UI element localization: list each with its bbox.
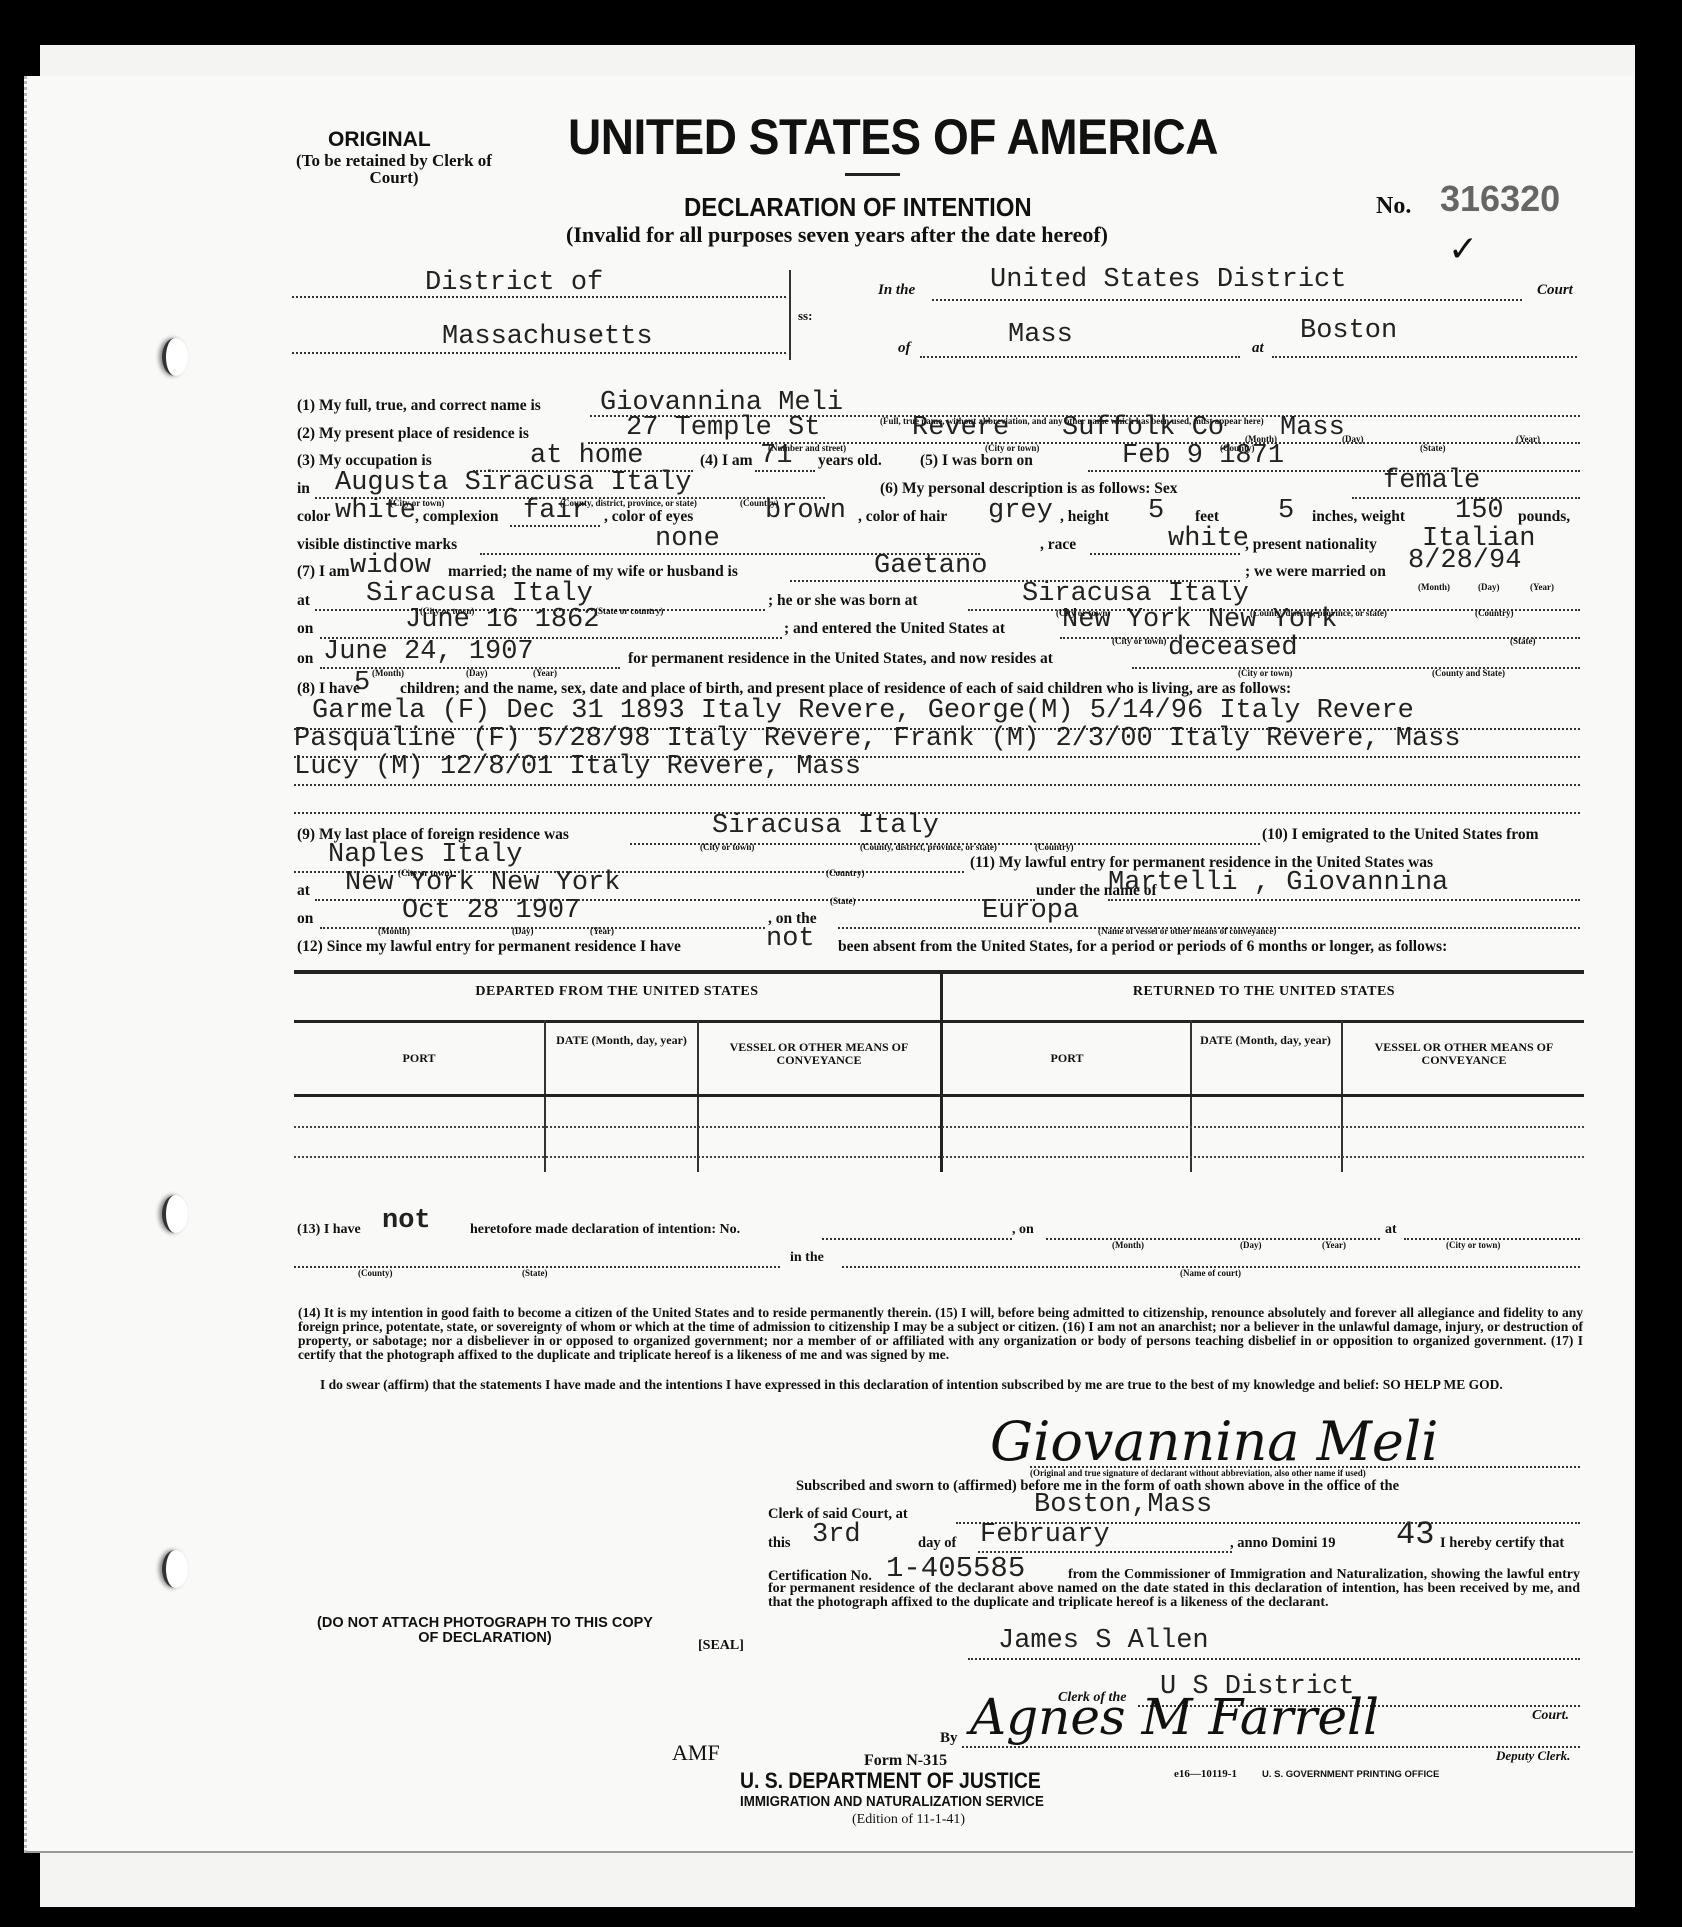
- q12-label: (12) Since my lawful entry for permanent…: [297, 938, 681, 956]
- caption: (City or town): [1112, 636, 1166, 646]
- col-vessel: VESSEL OR OTHER MEANS OF CONVEYANCE: [704, 1041, 934, 1067]
- entry-name: Martelli , Giovannina: [1108, 868, 1448, 898]
- table-rule: [294, 1020, 1584, 1023]
- children-line-3: Lucy (M) 12/8/01 Italy Revere, Mass: [294, 752, 861, 782]
- edition: (Edition of 11-1-41): [852, 1812, 965, 1828]
- children-line-1: Garmela (F) Dec 31 1893 Italy Revere, Ge…: [312, 696, 1414, 726]
- q1-label: (1) My full, true, and correct name is: [297, 397, 541, 415]
- deputy-label: Deputy Clerk.: [1496, 1748, 1570, 1764]
- on-label-3: on: [297, 910, 313, 928]
- q13-label: (13) I have: [297, 1222, 361, 1238]
- col-port-return: PORT: [944, 1052, 1190, 1065]
- table-row-line: [294, 1126, 1584, 1128]
- table-divider: [940, 974, 943, 1172]
- caption: (Country): [1035, 842, 1074, 852]
- entry-name-line: [1108, 899, 1580, 901]
- caption: (State or country): [595, 606, 663, 616]
- caption: (Year): [1530, 582, 1554, 592]
- height-inches: 5: [1278, 496, 1294, 526]
- at-label-2: at: [297, 592, 310, 610]
- spouse-name: Gaetano: [874, 551, 987, 581]
- q5-label: (5) I was born on: [920, 452, 1033, 470]
- court-label: Court: [1537, 282, 1573, 299]
- signature-caption: (Original and true signature of declaran…: [1030, 1468, 1366, 1478]
- in-the-label: In the: [878, 282, 915, 299]
- eyes: brown: [765, 496, 846, 526]
- departed-header: DEPARTED FROM THE UNITED STATES: [294, 984, 940, 1000]
- ss-label: ss:: [798, 308, 812, 324]
- prior-in-the-label: in the: [790, 1250, 824, 1266]
- residence-city: Revere: [912, 413, 1009, 443]
- deputy-signature: Agnes M Farrell: [970, 1688, 1379, 1746]
- residence-state: Mass: [1280, 413, 1345, 443]
- vessel: Europa: [982, 896, 1079, 926]
- caption: (Year): [533, 668, 557, 678]
- on-label: on: [297, 620, 313, 638]
- entry-place: New York New York: [345, 868, 620, 898]
- hair: grey: [988, 496, 1053, 526]
- of-label: of: [898, 340, 911, 357]
- q13-text: heretofore made declaration of intention…: [470, 1222, 740, 1238]
- page-title: UNITED STATES OF AMERICA: [568, 108, 1218, 166]
- entry-date: Oct 28 1907: [402, 896, 580, 926]
- caption: (Day): [1240, 1240, 1262, 1250]
- original-label: ORIGINAL: [328, 128, 431, 152]
- last-foreign-residence: Siracusa Italy: [712, 811, 939, 841]
- prior-status: not: [382, 1206, 431, 1236]
- title-rule: [845, 173, 900, 176]
- oath-text: (14) It is my intention in good faith to…: [298, 1306, 1583, 1362]
- children-line-2: Pasqualine (F) 5/28/98 Italy Revere, Fra…: [294, 724, 1461, 754]
- prior-at-label: at: [1385, 1222, 1397, 1238]
- number-label: No.: [1376, 193, 1411, 220]
- court-name: United States District: [990, 265, 1346, 295]
- retained-note: (To be retained by Clerk of Court): [284, 152, 504, 186]
- children-line: [294, 784, 1580, 786]
- inches-label: inches, weight: [1312, 508, 1405, 526]
- court-line: [932, 299, 1522, 301]
- cert-day: 3rd: [812, 1520, 861, 1550]
- caption: (Month): [372, 668, 404, 678]
- caption: (Year): [1516, 434, 1540, 444]
- certify-label: I hereby certify that: [1440, 1535, 1564, 1552]
- binder-hole-icon: [162, 1195, 188, 1233]
- birth-date: Feb 9 1871: [1122, 441, 1284, 471]
- spouse-birth-date: June 16 1862: [405, 605, 599, 635]
- caption: (County, district, province, or state): [860, 842, 997, 852]
- complexion: fair: [523, 496, 588, 526]
- printer: U. S. GOVERNMENT PRINTING OFFICE: [1262, 1769, 1439, 1780]
- clerk-name-line: [968, 1658, 1580, 1660]
- marks: none: [655, 524, 720, 554]
- caption: (Month): [1418, 582, 1450, 592]
- caption: (Year): [590, 926, 614, 936]
- caption: (Day): [512, 926, 534, 936]
- table-rule: [294, 1094, 1584, 1097]
- occupation: at home: [530, 441, 643, 471]
- col-date: DATE (Month, day, year): [554, 1034, 689, 1047]
- anno-label: , anno Domini 19: [1230, 1535, 1336, 1552]
- caption: (City or town): [1446, 1240, 1500, 1250]
- color: white: [335, 496, 416, 526]
- q2-label: (2) My present place of residence is: [297, 425, 529, 443]
- caption: (Name of court): [1180, 1268, 1241, 1278]
- on-label-2: on: [297, 650, 313, 668]
- caption: (Name of vessel or other means of convey…: [1098, 926, 1276, 936]
- cert-text: from the Commissioner of Immigration and…: [768, 1568, 1580, 1610]
- initials: AMF: [672, 1740, 720, 1766]
- resides-line: [1132, 667, 1580, 669]
- caption: (State): [830, 896, 856, 906]
- caption: (County): [358, 1268, 393, 1278]
- hair-label: , color of hair: [858, 508, 947, 526]
- q12-suffix: been absent from the United States, for …: [838, 938, 1447, 956]
- declarant-signature: Giovannina Meli: [990, 1410, 1438, 1473]
- doc-title: DECLARATION OF INTENTION: [684, 192, 1032, 223]
- binder-hole-icon: [162, 338, 188, 376]
- at-line: [1272, 356, 1577, 358]
- seal-label: [SEAL]: [698, 1638, 744, 1654]
- height-feet: 5: [1148, 496, 1164, 526]
- day-of-label: day of: [918, 1535, 956, 1552]
- caption: (City or town): [700, 842, 754, 852]
- caption: (Month): [1245, 434, 1277, 444]
- of-value: Mass: [1008, 320, 1073, 350]
- caption: (Day): [1342, 434, 1364, 444]
- color-label: color: [297, 508, 331, 526]
- age: 71: [760, 441, 792, 471]
- nationality-label: , present nationality: [1245, 536, 1377, 554]
- age-suffix: years old.: [818, 452, 882, 470]
- married-on-label: ; we were married on: [1245, 563, 1386, 581]
- entered-label: ; and entered the United States at: [784, 620, 1005, 638]
- print-code: e16—10119-1: [1174, 1768, 1237, 1780]
- q4-label: (4) I am: [700, 452, 753, 470]
- department: U. S. DEPARTMENT OF JUSTICE: [740, 1768, 1041, 1794]
- weight: 150: [1455, 496, 1504, 526]
- caption: (Day): [466, 668, 488, 678]
- residence-county: Suffolk Co: [1062, 413, 1224, 443]
- prior-on-label: , on: [1012, 1222, 1034, 1238]
- service: IMMIGRATION AND NATURALIZATION SERVICE: [740, 1794, 1044, 1810]
- children-count: 5: [354, 668, 370, 698]
- this-label: this: [768, 1535, 791, 1552]
- caption: (Day): [1478, 582, 1500, 592]
- race-label: , race: [1040, 536, 1076, 554]
- court-label-2: Court.: [1532, 1708, 1569, 1724]
- deputy-line: [962, 1746, 1580, 1748]
- at-label-3: at: [297, 882, 310, 900]
- spouse-entry-date: June 24, 1907: [323, 637, 534, 667]
- at-label: at: [1252, 340, 1264, 357]
- col-date-return: DATE (Month, day, year): [1198, 1034, 1333, 1047]
- at-value: Boston: [1300, 316, 1397, 346]
- q7-label: (7) I am: [297, 563, 350, 581]
- race: white: [1168, 524, 1249, 554]
- caption: (State): [1420, 443, 1446, 453]
- spouse-resides: deceased: [1168, 633, 1298, 663]
- cert-year: 43: [1396, 1516, 1434, 1553]
- prior-no-line: [822, 1238, 1012, 1240]
- bracket: [789, 270, 791, 360]
- col-port: PORT: [294, 1052, 544, 1065]
- cert-location: Boston,Mass: [1034, 1490, 1212, 1520]
- caption: (State): [522, 1268, 548, 1278]
- binder-hole-icon: [162, 1550, 188, 1588]
- caption: (Country): [1475, 608, 1514, 618]
- sex: female: [1383, 466, 1480, 496]
- validity-note: (Invalid for all purposes seven years af…: [566, 222, 1108, 248]
- table-row-line: [294, 1156, 1584, 1158]
- married-date: 8/28/94: [1408, 546, 1521, 576]
- venue-line: [292, 352, 786, 354]
- venue-state: Massachusetts: [442, 322, 653, 352]
- caption: (Country): [826, 868, 865, 878]
- declaration-number: 316320: [1440, 178, 1560, 220]
- height-label: , height: [1060, 508, 1109, 526]
- absent-status: not: [766, 924, 815, 954]
- complexion-label: , complexion: [415, 508, 499, 526]
- clerk-name: James S Allen: [998, 1626, 1209, 1656]
- spouse-born-label: ; he or she was born at: [768, 592, 918, 610]
- residence-street: 27 Temple St: [626, 413, 820, 443]
- caption: (City or town): [1238, 668, 1292, 678]
- in-label: in: [297, 480, 310, 498]
- birth-place: Augusta Siracusa Italy: [335, 468, 691, 498]
- checkmark-icon: ✓: [1448, 228, 1478, 270]
- caption: (County and State): [1432, 668, 1505, 678]
- of-line: [920, 356, 1240, 358]
- cert-month: February: [980, 1520, 1110, 1550]
- photo-note: (DO NOT ATTACH PHOTOGRAPH TO THIS COPY O…: [310, 1616, 660, 1646]
- caption: (Year): [1322, 1240, 1346, 1250]
- spouse-entry-place: New York New York: [1062, 605, 1337, 635]
- venue-district: District of: [425, 268, 603, 298]
- caption: (State): [1510, 636, 1536, 646]
- q10-label: (10) I emigrated to the United States fr…: [1262, 826, 1539, 844]
- col-vessel-return: VESSEL OR OTHER MEANS OF CONVEYANCE: [1349, 1041, 1579, 1067]
- absence-table: DEPARTED FROM THE UNITED STATES RETURNED…: [294, 970, 1584, 1172]
- caption: (Month): [378, 926, 410, 936]
- returned-header: RETURNED TO THE UNITED STATES: [944, 984, 1584, 1000]
- perm-res-label: for permanent residence in the United St…: [628, 650, 1053, 668]
- emigrated-from: Naples Italy: [328, 840, 522, 870]
- by-label: By: [940, 1730, 958, 1747]
- caption: (Month): [1112, 1240, 1144, 1250]
- marital-status: widow: [350, 551, 431, 581]
- swear-text: I do swear (affirm) that the statements …: [298, 1378, 1583, 1392]
